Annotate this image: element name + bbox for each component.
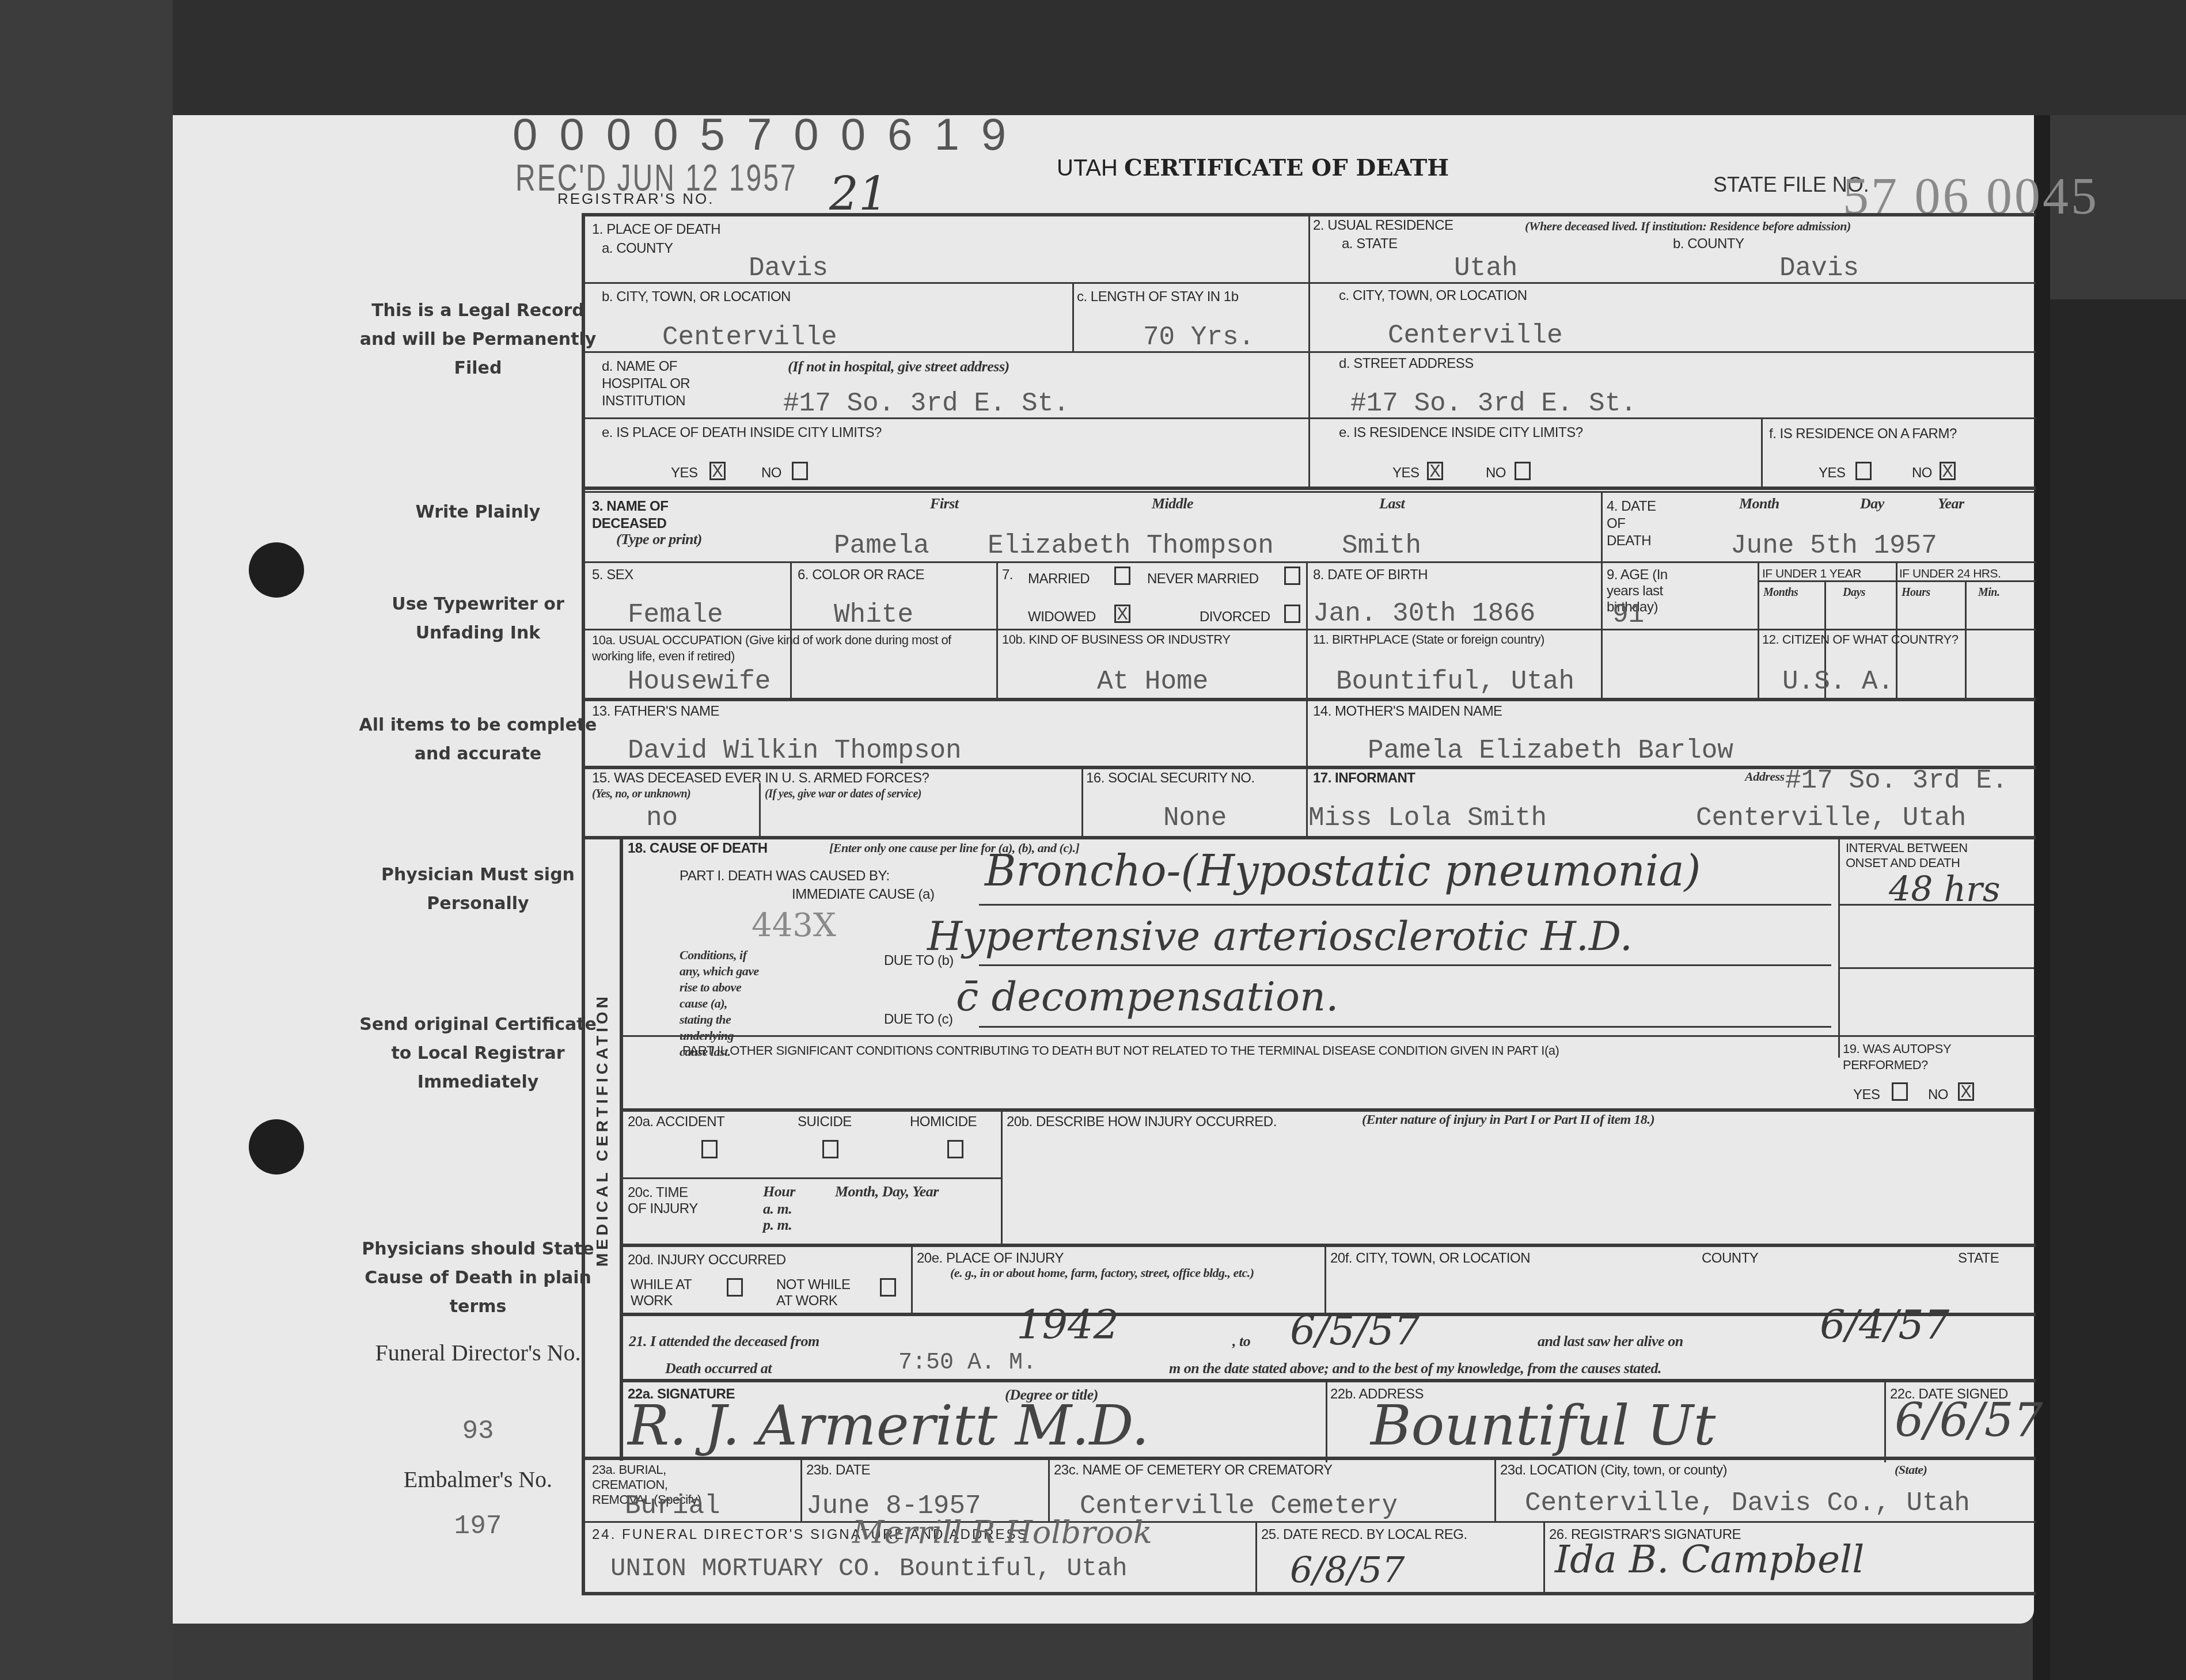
no-label: NO (761, 465, 781, 481)
residence-state: Utah (1454, 253, 1517, 283)
injury-state-label: STATE (1958, 1251, 1999, 1267)
registrars-no-label: REGISTRAR'S NO. (557, 190, 714, 208)
name-hint: (Type or print) (616, 531, 702, 548)
divorced-checkbox[interactable] (1284, 605, 1300, 623)
place-of-death-label: 1. PLACE OF DEATH (592, 222, 720, 238)
physician-signature: R. J. Armeritt M.D. (628, 1393, 1149, 1458)
father-name: David Wilkin Thompson (628, 736, 962, 766)
autopsy-yes-checkbox[interactable] (1892, 1082, 1908, 1101)
divider (1758, 580, 2036, 582)
last-saw-date: 6/4/57 (1820, 1301, 1949, 1348)
street-label: d. STREET ADDRESS (1339, 356, 1474, 372)
pm-label: p. m. (763, 1217, 792, 1234)
form-left-border (582, 213, 585, 1595)
autopsy-no-checkbox[interactable]: X (1958, 1082, 1974, 1101)
hours-label: Hours (1902, 586, 1930, 599)
sex-value: Female (628, 600, 723, 630)
state-label: a. STATE (1342, 236, 1397, 252)
embalmer-no: 197 (357, 1511, 599, 1541)
divider (622, 1244, 2036, 1247)
residence-city: Centerville (1388, 321, 1563, 351)
divider (1048, 1457, 1050, 1521)
divider (620, 836, 623, 1461)
title-prefix: UTAH (1057, 155, 1118, 181)
last-label: Last (1379, 495, 1405, 512)
death-time: 7:50 A. M. (898, 1350, 1037, 1376)
city-label: c. CITY, TOWN, OR LOCATION (1339, 288, 1527, 304)
title-main: CERTIFICATE OF DEATH (1124, 154, 1449, 181)
citizen-label: 12. CITIZEN OF WHAT COUNTRY? (1762, 632, 1958, 647)
divider (911, 1244, 913, 1313)
yes-label: YES (1819, 465, 1846, 481)
sidebar-note-legal: This is a Legal Record and will be Perma… (357, 297, 599, 383)
divider (1543, 1521, 1545, 1593)
marital-label: 7. (1002, 567, 1013, 583)
due-to-c-label: DUE TO (c) (884, 1012, 952, 1028)
first-label: First (930, 495, 959, 512)
injury-desc-hint: (Enter nature of injury in Part I or Par… (1362, 1112, 1654, 1128)
place-injury-label: 20e. PLACE OF INJURY (917, 1251, 1064, 1267)
married-checkbox[interactable] (1114, 567, 1130, 585)
accident-label: 20a. ACCIDENT (628, 1114, 724, 1130)
burial-value: Burial (625, 1491, 720, 1521)
yes-label: YES (1853, 1087, 1880, 1103)
sidebar-note-cause: Physicians should State Cause of Death i… (357, 1235, 599, 1321)
accident-checkbox[interactable] (701, 1140, 718, 1158)
ssn-label: 16. SOCIAL SECURITY NO. (1086, 770, 1255, 786)
min-label: Min. (1978, 586, 1999, 599)
registrar-signature: Ida B. Campbell (1555, 1537, 1864, 1582)
date-received: 6/8/57 (1290, 1549, 1405, 1591)
no-label: NO (1928, 1087, 1948, 1103)
medical-certification-label: MEDICAL CERTIFICATION (593, 993, 612, 1267)
divider (1081, 766, 1083, 836)
divider (1838, 967, 2034, 969)
year-label: Year (1938, 495, 1964, 512)
am-label: a. m. (763, 1200, 792, 1218)
burial-date-label: 23b. DATE (806, 1462, 870, 1478)
scan-background-right (2050, 299, 2186, 1680)
state-label: (State) (1895, 1462, 1927, 1477)
residence-hint: (Where deceased lived. If institution: R… (1525, 219, 1851, 234)
death-county: Davis (749, 253, 828, 283)
hospital-label: d. NAME OF HOSPITAL OR INSTITUTION (602, 358, 717, 410)
suicide-checkbox[interactable] (822, 1140, 838, 1158)
part2-label: PART II. OTHER SIGNIFICANT CONDITIONS CO… (682, 1043, 1559, 1058)
scan-background-left (0, 0, 173, 1680)
time-of-injury-label: 20c. TIME OF INJURY (628, 1185, 703, 1217)
divider (582, 491, 2036, 493)
mother-name: Pamela Elizabeth Barlow (1368, 736, 1733, 766)
immediate-cause-label: IMMEDIATE CAUSE (a) (792, 887, 934, 903)
divider (1326, 1379, 1327, 1462)
divider (790, 561, 792, 700)
residence-inside-city-yes-checkbox[interactable]: X (1427, 462, 1443, 480)
punch-hole (249, 542, 304, 598)
divider (1494, 1457, 1496, 1521)
cause-code: 443X (752, 907, 836, 944)
death-statement: m on the date stated above; and to the b… (1169, 1360, 1661, 1377)
page-title: UTAH CERTIFICATE OF DEATH (1057, 154, 1449, 181)
days-label: Days (1843, 586, 1865, 599)
attended-to: 6/5/57 (1290, 1307, 1420, 1354)
form-bottom-border (582, 1592, 2036, 1595)
hospital-hint: (If not in hospital, give street address… (788, 358, 1009, 375)
race-value: White (834, 600, 913, 630)
divider (1308, 213, 1310, 486)
farm-yes-checkbox[interactable] (1855, 462, 1872, 480)
sex-label: 5. SEX (592, 567, 633, 583)
widowed-checkbox[interactable]: X (1114, 605, 1130, 623)
stamp-number: 00005700619 (513, 108, 1028, 161)
attended-from: 1942 (1016, 1301, 1119, 1348)
divider (582, 486, 2036, 490)
not-while-at-work-label: NOT WHILE AT WORK (776, 1277, 857, 1309)
death-inside-city-yes-checkbox[interactable]: X (709, 462, 726, 480)
divider (622, 1108, 2036, 1112)
funeral-director-no-label: Funeral Director's No. (357, 1339, 599, 1367)
residence-street: #17 So. 3rd E. St. (1350, 389, 1637, 419)
while-at-work-checkbox[interactable] (727, 1278, 743, 1297)
attended-to-label: , to (1232, 1333, 1250, 1350)
business-value: At Home (1097, 667, 1208, 697)
under-24h-label: IF UNDER 24 HRS. (1899, 567, 2001, 581)
county-label: a. COUNTY (602, 241, 673, 257)
interval-label: INTERVAL BETWEEN ONSET AND DEATH (1846, 841, 1972, 871)
death-city: Centerville (662, 322, 837, 352)
while-at-work-label: WHILE AT WORK (631, 1277, 705, 1309)
divider (759, 783, 761, 836)
residence-county: Davis (1779, 253, 1859, 283)
punch-hole (249, 1119, 304, 1175)
mother-label: 14. MOTHER'S MAIDEN NAME (1313, 704, 1502, 720)
yes-label: YES (671, 465, 698, 481)
divider (582, 836, 2036, 839)
divider (1896, 561, 1897, 700)
race-label: 6. COLOR OR RACE (798, 567, 924, 583)
cause-of-death-label: 18. CAUSE OF DEATH (628, 841, 768, 857)
divider (1324, 1244, 1326, 1313)
sidebar-note-typewriter: Use Typewriter or Unfading Ink (357, 590, 599, 648)
widowed-label: WIDOWED (1028, 609, 1096, 625)
date-of-birth: Jan. 30th 1866 (1313, 599, 1535, 629)
mdy-label: Month, Day, Year (835, 1183, 939, 1200)
never-married-checkbox[interactable] (1284, 567, 1300, 585)
occupation-value: Housewife (628, 667, 771, 697)
divider (582, 698, 2036, 701)
no-label: NO (1912, 465, 1932, 481)
last-name: Smith (1342, 531, 1421, 561)
divider (1601, 491, 1603, 698)
deceased-name-label: 3. NAME OF DECEASED (592, 498, 673, 533)
location-label: 23d. LOCATION (City, town, or county) (1500, 1462, 1727, 1478)
divider (622, 1177, 1002, 1179)
funeral-director-no: 93 (357, 1416, 599, 1446)
part1-label: PART I. DEATH WAS CAUSED BY: (680, 868, 890, 884)
homicide-checkbox[interactable] (947, 1140, 963, 1158)
suicide-label: SUICIDE (798, 1114, 852, 1130)
birthplace-label: 11. BIRTHPLACE (State or foreign country… (1313, 632, 1544, 647)
informant-name: Miss Lola Smith (1308, 803, 1547, 833)
divider (1072, 282, 1074, 351)
informant-label: 17. INFORMANT (1313, 770, 1415, 786)
month-label: Month (1739, 495, 1779, 512)
cemetery-label: 23c. NAME OF CEMETERY OR CREMATORY (1054, 1462, 1333, 1478)
business-label: 10b. KIND OF BUSINESS OR INDUSTRY (1002, 632, 1230, 647)
first-name: Pamela (834, 531, 929, 561)
hospital-address: #17 So. 3rd E. St. (783, 389, 1069, 419)
stay-label: c. LENGTH OF STAY IN 1b (1077, 289, 1239, 305)
injury-occurred-label: 20d. INJURY OCCURRED (628, 1252, 786, 1268)
residence-inside-city-no-checkbox[interactable] (1515, 462, 1531, 480)
physician-address: Bountiful Ut (1371, 1393, 1716, 1458)
cause-line (979, 1026, 1831, 1028)
father-label: 13. FATHER'S NAME (592, 704, 719, 720)
married-label: MARRIED (1028, 571, 1090, 587)
day-label: Day (1860, 495, 1884, 512)
divider (582, 351, 2036, 353)
residence-label: 2. USUAL RESIDENCE (1313, 218, 1453, 234)
sidebar-note-write-plainly: Write Plainly (357, 498, 599, 527)
armed-hint-a: (Yes, no, or unknown) (592, 788, 690, 801)
divider (622, 1379, 2036, 1382)
farm-label: f. IS RESIDENCE ON A FARM? (1769, 426, 1957, 442)
hour-label: Hour (763, 1183, 795, 1200)
sidebar-note-send: Send original Certificate to Local Regis… (357, 1010, 599, 1097)
scan-background-top (173, 0, 2186, 115)
city-label: b. CITY, TOWN, OR LOCATION (602, 289, 791, 305)
divider (1255, 1521, 1257, 1593)
divider (996, 561, 998, 700)
injury-desc-label: 20b. DESCRIBE HOW INJURY OCCURRED. (1007, 1114, 1277, 1130)
divider (1965, 581, 1967, 700)
yes-label: YES (1392, 465, 1420, 481)
state-file-number: 57 06 0045 (1843, 167, 2099, 226)
farm-no-checkbox[interactable]: X (1940, 462, 1956, 480)
funeral-director-address: UNION MORTUARY CO. Bountiful, Utah (610, 1554, 1128, 1583)
cemetery-location: Centerville, Davis Co., Utah (1525, 1488, 1970, 1518)
no-label: NO (1486, 465, 1506, 481)
length-of-stay: 70 Yrs. (1143, 322, 1254, 352)
armed-hint-b: (If yes, give war or dates of service) (765, 788, 921, 801)
not-while-at-work-checkbox[interactable] (880, 1278, 896, 1297)
divider (1838, 836, 1840, 1058)
divider (622, 1035, 2036, 1037)
under-1yr-label: IF UNDER 1 YEAR (1762, 567, 1861, 581)
cause-line (979, 964, 1831, 966)
due-to-c: c̄ decompensation. (956, 973, 1338, 1020)
divider (800, 1457, 802, 1521)
divider (582, 629, 2036, 630)
divider (1884, 1379, 1886, 1462)
divider (582, 1457, 2036, 1460)
last-saw-label: and last saw her alive on (1538, 1333, 1683, 1350)
informant-address-line2: Centerville, Utah (1696, 803, 1966, 833)
immediate-cause: Broncho-(Hypostatic pneumonia) (985, 846, 1701, 896)
middle-name: Elizabeth Thompson (988, 531, 1274, 561)
autopsy-label: 19. WAS AUTOPSY PERFORMED? (1843, 1041, 1958, 1073)
occupation-label: 10a. USUAL OCCUPATION (Give kind of work… (592, 632, 995, 664)
embalmer-no-label: Embalmer's No. (357, 1465, 599, 1494)
citizen-value: U.S. A. (1782, 667, 1893, 697)
informant-address-line1: #17 So. 3rd E. (1785, 766, 2007, 796)
sidebar-note-physician: Physician Must sign Personally (357, 861, 599, 918)
divider (582, 561, 2036, 563)
middle-label: Middle (1152, 495, 1193, 512)
armed-forces-value: no (646, 803, 678, 833)
death-occurred-label: Death occurred at (665, 1360, 772, 1377)
divorced-label: DIVORCED (1200, 609, 1270, 625)
never-married-label: NEVER MARRIED (1147, 571, 1259, 587)
divider (1838, 904, 2034, 906)
attended-label: 21. I attended the deceased from (629, 1333, 819, 1350)
funeral-director-signature: Merrill R Holbrook (852, 1514, 1152, 1550)
ssn-value: None (1163, 803, 1227, 833)
cause-line (979, 904, 1831, 906)
place-injury-hint: (e. g., in or about home, farm, factory,… (950, 1265, 1307, 1280)
injury-city-label: 20f. CITY, TOWN, OR LOCATION (1330, 1251, 1530, 1267)
dob-label: 8. DATE OF BIRTH (1313, 567, 1428, 583)
sidebar-note-complete: All items to be complete and accurate (357, 711, 599, 769)
date-of-death: June 5th 1957 (1730, 531, 1937, 561)
date-of-death-label: 4. DATE OF DEATH (1607, 498, 1670, 550)
date-received-label: 25. DATE RECD. BY LOCAL REG. (1261, 1527, 1467, 1543)
divider (582, 1521, 2036, 1523)
homicide-label: HOMICIDE (910, 1114, 977, 1130)
months-label: Months (1763, 586, 1798, 599)
residence-inside-city-label: e. IS RESIDENCE INSIDE CITY LIMITS? (1339, 425, 1583, 441)
due-to-b: Hypertensive arteriosclerotic H.D. (927, 913, 1633, 960)
divider (582, 417, 2036, 419)
inside-city-label: e. IS PLACE OF DEATH INSIDE CITY LIMITS? (602, 425, 882, 441)
informant-address-label: Address (1745, 769, 1785, 784)
divider (1761, 417, 1763, 486)
divider (1758, 629, 1759, 698)
death-inside-city-no-checkbox[interactable] (792, 462, 808, 480)
county-label: b. COUNTY (1673, 236, 1744, 252)
date-signed: 6/6/57 (1895, 1393, 2043, 1447)
injury-county-label: COUNTY (1702, 1251, 1758, 1267)
birthplace-value: Bountiful, Utah (1336, 667, 1574, 697)
age-value: 91 (1612, 600, 1644, 630)
